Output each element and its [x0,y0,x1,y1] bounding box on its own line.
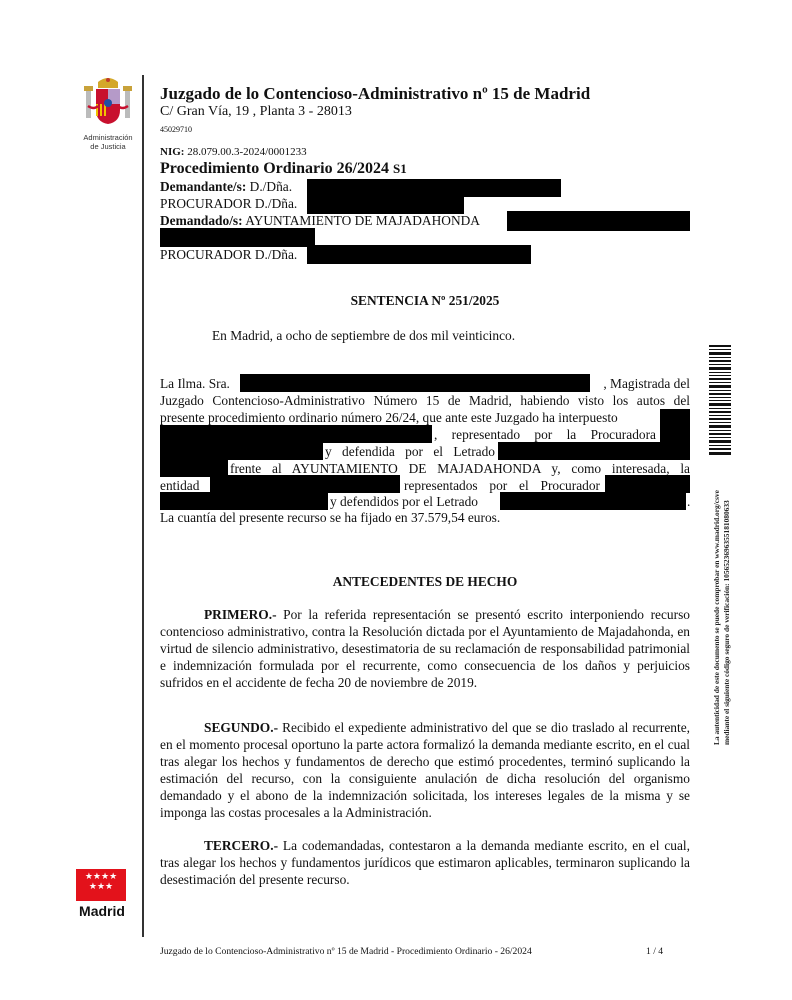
redaction-block [240,374,590,392]
intro-line2: Juzgado Contencioso-Administrativo Númer… [160,393,690,409]
intro-line5: y defendida por el Letrado [325,444,495,460]
nig-label: NIG: [160,146,184,158]
redaction-block [660,425,690,443]
madrid-logo-text: Madrid [74,903,130,919]
antecedentes-heading: ANTECEDENTES DE HECHO [160,574,690,590]
antecedente-tercero: TERCERO.- La codemandadas, contestaron a… [160,837,690,888]
nig: NIG: 28.079.00.3-2024/0001233 [160,146,307,158]
logo-caption-line1: Administración [72,133,144,142]
redaction-block [307,179,561,197]
intro-line4: , representado por la Procuradora [434,427,656,443]
demandante-line: Demandante/s: D./Dña. [160,179,292,195]
nig-value: 28.079.00.3-2024/0001233 [187,146,306,158]
court-name: Juzgado de lo Contencioso-Administrativo… [160,84,590,104]
redaction-block [307,245,531,264]
redaction-block [210,475,400,493]
redaction-block [500,492,686,510]
verification-line1: La autenticidad de este documento se pue… [712,490,722,745]
madrid-flag-logo: ★★★★ ★★★ [76,869,126,901]
vertical-rule [142,75,144,937]
verification-line2: mediante el siguiente código seguro de v… [722,490,732,745]
intro-line9: La cuantía del presente recurso se ha fi… [160,510,500,526]
antecedente-label: PRIMERO.- [204,607,277,622]
intro-line1b: , Magistrada del [592,376,690,392]
court-code: 45029710 [160,125,192,134]
intro-line8: y defendidos por el Letrado [330,494,478,510]
logo-caption: Administración de Justicia [72,133,144,151]
procedure-suffix: S1 [393,161,407,176]
intro-line3: presente procedimiento ordinario número … [160,410,618,426]
redaction-block [307,196,464,214]
intro-line8-end: . [687,494,690,510]
procedure-number: Procedimiento Ordinario 26/2024 [160,160,389,177]
demandante-label: Demandante/s: [160,179,246,194]
redaction-block [507,211,690,231]
demandado-line: Demandado/s: AYUNTAMIENTO DE MAJADAHONDA [160,213,480,229]
procurador2-line: PROCURADOR D./Dña. [160,247,297,263]
stars-icon: ★★★★ ★★★ [76,872,126,892]
antecedente-segundo: SEGUNDO.- Recibido el expediente adminis… [160,719,690,821]
footer-text: Juzgado de lo Contencioso-Administrativo… [160,946,532,957]
antecedente-primero: PRIMERO.- Por la referida representación… [160,606,690,691]
redaction-block [160,425,432,443]
intro-line1a: La Ilma. Sra. [160,376,230,392]
antecedente-label: SEGUNDO.- [204,720,278,735]
redaction-block [160,492,328,510]
procurador1-line: PROCURADOR D./Dña. [160,196,297,212]
redaction-block [160,228,315,247]
sentencia-title: SENTENCIA Nº 251/2025 [160,293,690,309]
antecedente-text: Recibido el expediente administrativo de… [160,720,690,820]
logo-caption-line2: de Justicia [72,142,144,151]
redaction-block [160,442,323,460]
demandado-value: AYUNTAMIENTO DE MAJADAHONDA [245,213,480,228]
antecedente-label: TERCERO.- [204,838,278,853]
date-line: En Madrid, a ocho de septiembre de dos m… [212,328,515,344]
coat-of-arms-icon [82,76,134,128]
demandado-label: Demandado/s: [160,213,243,228]
barcode-icon [709,345,731,455]
redaction-block [498,442,690,460]
demandante-value: D./Dña. [250,179,292,194]
redaction-block [605,475,690,493]
procedure-title: Procedimiento Ordinario 26/2024 S1 [160,160,407,178]
administracion-justicia-logo: Administración de Justicia [72,76,144,151]
page-number: 1 / 4 [646,946,663,957]
verification-text: La autenticidad de este documento se pue… [712,490,732,745]
court-address: C/ Gran Vía, 19 , Planta 3 - 28013 [160,104,352,120]
